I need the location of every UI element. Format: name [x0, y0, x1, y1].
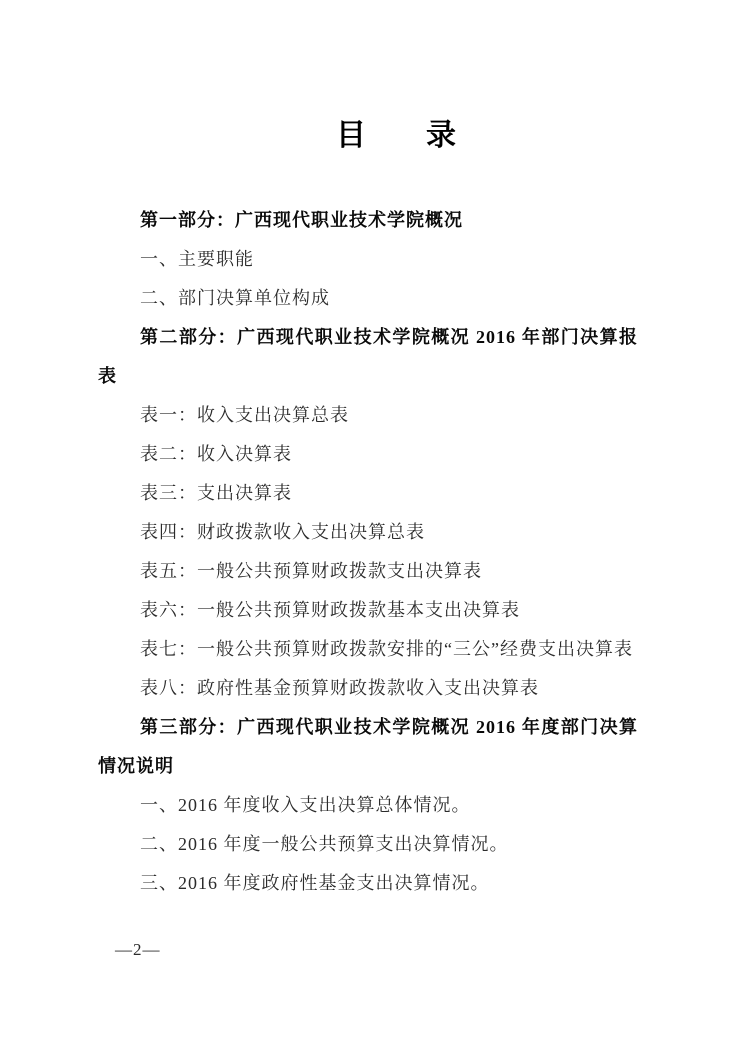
toc-entry: 表一：收入支出决算总表 — [98, 396, 638, 435]
toc-section-heading: 第一部分：广西现代职业技术学院概况 — [98, 201, 638, 240]
toc-entry: 三、2016 年度政府性基金支出决算情况。 — [98, 864, 638, 903]
document-content: 目 录 第一部分：广西现代职业技术学院概况 一、主要职能 二、部门决算单位构成 … — [98, 118, 638, 903]
toc-entry: 表四：财政拨款收入支出决算总表 — [98, 513, 638, 552]
toc-entry: 表二：收入决算表 — [98, 435, 638, 474]
toc-entry: 表三：支出决算表 — [98, 474, 638, 513]
toc-entry: 表七：一般公共预算财政拨款安排的“三公”经费支出决算表 — [98, 630, 638, 669]
toc-entry: 表五：一般公共预算财政拨款支出决算表 — [98, 552, 638, 591]
page-number: —2— — [115, 940, 161, 960]
toc-entry: 二、部门决算单位构成 — [98, 279, 638, 318]
toc-entry: 表八：政府性基金预算财政拨款收入支出决算表 — [98, 669, 638, 708]
document-title: 目 录 — [154, 118, 638, 154]
toc-entry: 一、主要职能 — [98, 240, 638, 279]
toc-entry: 一、2016 年度收入支出决算总体情况。 — [98, 786, 638, 825]
toc-entry: 二、2016 年度一般公共预算支出决算情况。 — [98, 825, 638, 864]
document-page: 目 录 第一部分：广西现代职业技术学院概况 一、主要职能 二、部门决算单位构成 … — [0, 0, 736, 1041]
toc-section-heading: 第二部分：广西现代职业技术学院概况 2016 年部门决算报表 — [98, 318, 638, 396]
table-of-contents: 第一部分：广西现代职业技术学院概况 一、主要职能 二、部门决算单位构成 第二部分… — [98, 201, 638, 903]
toc-section-heading: 第三部分：广西现代职业技术学院概况 2016 年度部门决算情况说明 — [98, 708, 638, 786]
toc-entry: 表六：一般公共预算财政拨款基本支出决算表 — [98, 591, 638, 630]
